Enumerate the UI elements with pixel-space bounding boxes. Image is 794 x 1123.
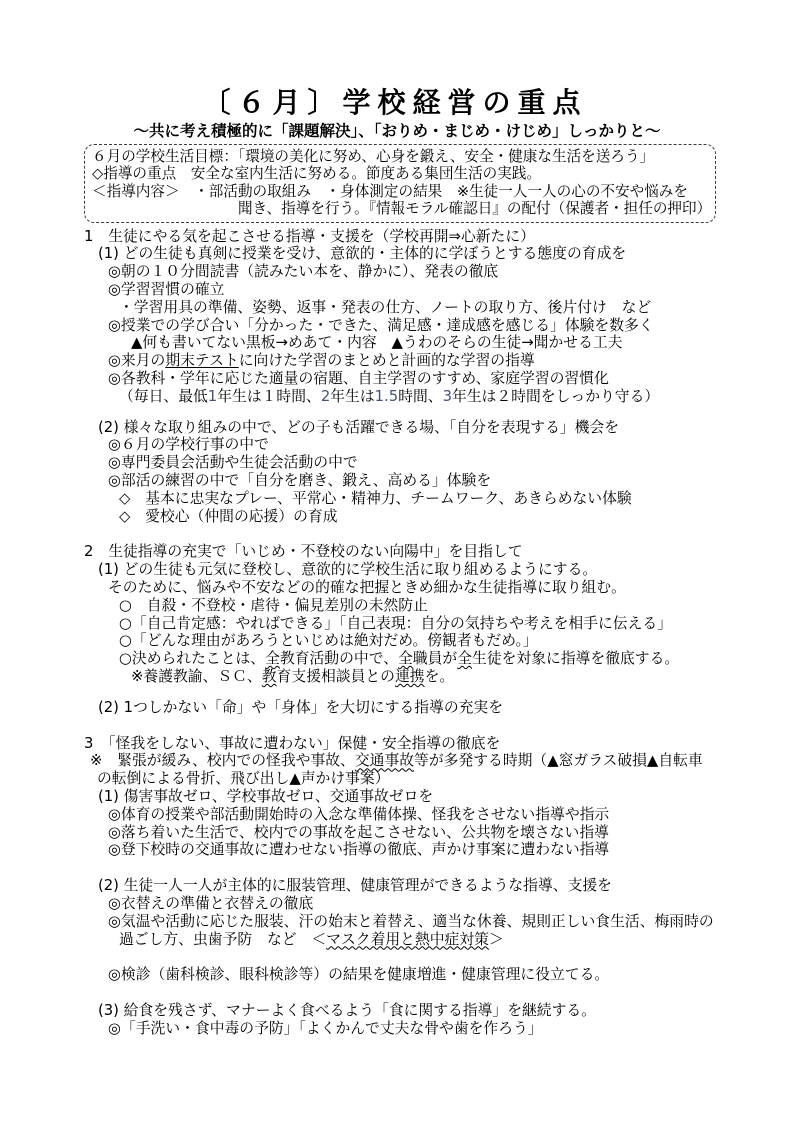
doc-line: ◎部活の練習の中で「自分を磨き、鍛え、高める」体験を [84, 472, 716, 490]
text-segment: ◎朝の１０分間読書（読みたい本を、静かに）、発表の徹底 [108, 263, 498, 280]
text-segment: 2 [321, 388, 330, 405]
text-segment: 生徒を対象に指導を徹底する。 [472, 650, 679, 667]
text-segment: ◎来月の [108, 352, 165, 369]
text-segment: (2) 生徒一人一人が主体的に服装管理、健康管理ができるような指導、支援を [98, 877, 612, 894]
text-segment: ◎授業での学び合い「分かった・できた、満足感・達成感を感じる」体験を数多く [108, 317, 654, 334]
text-segment: 全 [398, 650, 413, 667]
text-segment: を。 [425, 668, 455, 685]
text-segment: (2) 1つしかない「命」や「身体」を大切にする指導の充実を [98, 699, 503, 716]
doc-line: ※ 緊張が緩み、校内での怪我や事故、交通事故等が多発する時期（▲窓ガラス破損▲自… [84, 752, 716, 770]
doc-line: ◎各教科・学年に応じた適量の宿題、自主学習のすすめ、家庭学習の習慣化 [84, 370, 716, 388]
text-segment: 年生は１時間、 [217, 388, 321, 405]
doc-line: ◎６月の学校行事の中で [84, 436, 716, 454]
doc-line: そのために、悩みや不安などの的確な把握ときめ細かな生徒指導に取り組む。 [84, 579, 716, 597]
doc-line: ◎来月の期末テストに向けた学習のまとめと計画的な学習の指導 [84, 352, 716, 370]
text-segment: ◎気温や活動に応じた服装、汗の始末と着替え、適当な休養、規則正しい食生活、梅雨時… [108, 913, 714, 930]
doc-line: ◎授業での学び合い「分かった・できた、満足感・達成感を感じる」体験を数多く [84, 317, 716, 335]
doc-line: ◎専門委員会活動や生徒会活動の中で [84, 454, 716, 472]
text-segment: ○「自己肯定感：やればできる」「自己表現：自分の気持ちや考えを相手に伝える」 [119, 615, 672, 632]
text-segment: 1 [208, 388, 217, 405]
goal-box-line: ６月の学校生活目標：「環境の美化に努め、心身を鍛え、安全・健康な生活を送ろう」 [92, 148, 708, 165]
text-segment: ◎６月の学校行事の中で [108, 436, 269, 453]
text-segment: (1) 傷害事故ゼロ、学校事故ゼロ、交通事故ゼロを [98, 788, 433, 805]
doc-line: ◇ 愛校心（仲間の応援）の育成 [84, 508, 716, 526]
text-segment: マスク着用と熱中症対策 [326, 931, 489, 948]
doc-line: ◎朝の１０分間読書（読みたい本を、静かに）、発表の徹底 [84, 263, 716, 281]
doc-line: ◎気温や活動に応じた服装、汗の始末と着替え、適当な休養、規則正しい食生活、梅雨時… [84, 913, 716, 931]
goal-box-line: ＜指導内容＞ ・部活動の取組み ・身体測定の結果 ※生徒一人一人の心の不安や悩み… [92, 183, 708, 200]
doc-line: ◎衣替えの準備と衣替えの徹底 [84, 895, 716, 913]
text-segment: 等が多発する時期（▲窓ガラス破損▲自転車 [414, 752, 703, 769]
text-segment: ＞ [489, 931, 504, 948]
monthly-goal-box: ６月の学校生活目標：「環境の美化に努め、心身を鍛え、安全・健康な生活を送ろう」◇… [84, 144, 716, 223]
text-segment: ◎専門委員会活動や生徒会活動の中で [108, 454, 358, 471]
doc-line: 過ごし方、虫歯予防 など ＜マスク着用と熱中症対策＞ [84, 931, 716, 949]
line-spacer [84, 525, 716, 543]
line-spacer [84, 859, 716, 877]
document-body: 1 生徒にやる気を起こさせる指導・支援を（学校再開⇒心新たに）(1) どの生徒も… [84, 228, 716, 1038]
doc-line: 2 生徒指導の充実で「いじめ・不登校のない向陽中」を目指して [84, 543, 716, 561]
text-segment: 3 「怪我をしない、事故に遭わない」保健・安全指導の徹底を [84, 735, 500, 752]
text-segment: （毎日、最低 [119, 388, 208, 405]
text-segment: (1) どの生徒も真剣に授業を受け、意欲的・主体的に学ぼうとする態度の育成を [98, 245, 626, 262]
document-page: 〔６月〕学校経営の重点 ～共に考え積極的に「課題解決」、「おりめ・まじめ・けじめ… [0, 0, 794, 1123]
text-segment: ◎各教科・学年に応じた適量の宿題、自主学習のすすめ、家庭学習の習慣化 [108, 370, 609, 387]
doc-line: 3 「怪我をしない、事故に遭わない」保健・安全指導の徹底を [84, 735, 716, 753]
goal-box-line: ◇指導の重点 安全な室内生活に努める。節度ある集団生活の実践。 [92, 165, 708, 182]
text-segment: ○決められたことは、 [119, 650, 265, 667]
text-segment: ◎「手洗い・食中毒の予防」「よくかんで丈夫な骨や歯を作ろう」 [108, 1020, 543, 1037]
text-segment: 交通事故 [355, 752, 414, 769]
line-spacer [84, 984, 716, 1002]
page-title: 〔６月〕学校経営の重点 [74, 86, 716, 120]
text-segment: ◇ 基本に忠実なプレー、平常心・精神力、チームワーク、あきらめない体験 [119, 490, 632, 507]
doc-line: ◎「手洗い・食中毒の予防」「よくかんで丈夫な骨や歯を作ろう」 [84, 1020, 716, 1038]
text-segment: に向けた学習のまとめと計画的な学習の指導 [239, 352, 535, 369]
text-segment: 過ごし方、虫歯予防 など ＜ [119, 931, 326, 948]
text-segment: 1 生徒にやる気を起こさせる指導・支援を（学校再開⇒心新たに） [84, 228, 535, 245]
page-subtitle: ～共に考え積極的に「課題解決」、「おりめ・まじめ・けじめ」しっかりと～ [78, 120, 716, 142]
text-segment: ※養護教諭、ＳＣ、 [131, 668, 262, 685]
text-segment: 年生は [330, 388, 374, 405]
text-segment: 3 [443, 388, 452, 405]
doc-line: ※養護教諭、ＳＣ、教育支援相談員との連携を。 [84, 668, 716, 686]
doc-line: ◎登下校時の交通事故に遭わせない指導の徹底、声かけ事案に遭わない指導 [84, 841, 716, 859]
doc-line: ◇ 基本に忠実なプレー、平常心・精神力、チームワーク、あきらめない体験 [84, 490, 716, 508]
text-segment: 職員が [413, 650, 457, 667]
doc-line: ◎体育の授業や部活動開始時の入念な準備体操、怪我をさせない指導や指示 [84, 806, 716, 824]
text-segment: 連携 [395, 668, 425, 685]
text-segment: ▲何も書いてない黒板→めあて・内容 ▲うわのそらの生徒→聞かせる工夫 [131, 334, 622, 351]
doc-line: ・学習用具の準備、姿勢、返事・発表の仕方、ノートの取り方、後片付け など [84, 299, 716, 317]
text-segment: (3) 給食を残さず、マナーよく食べるよう「食に関する指導」を継続する。 [98, 1002, 596, 1019]
doc-line: ▲何も書いてない黒板→めあて・内容 ▲うわのそらの生徒→聞かせる工夫 [84, 334, 716, 352]
text-segment: そのために、悩みや不安などの的確な把握ときめ細かな生徒指導に取り組む。 [108, 579, 626, 596]
doc-line: （毎日、最低1年生は１時間、2年生は1.5時間、3年生は２時間をしっかり守る） [84, 388, 716, 406]
doc-line: の転倒による骨折、飛び出し▲声かけ事案） [84, 770, 716, 788]
doc-line: ◎落ち着いた生活で、校内での事故を起こさせない、公共物を壊さない指導 [84, 824, 716, 842]
doc-line: (1) どの生徒も元気に登校し、意欲的に学校生活に取り組めるようにする。 [84, 561, 716, 579]
text-segment: (2) 様々な取り組みの中で、どの子も活躍できる場、「自分を表現する」機会を [98, 419, 619, 436]
text-segment: ◎落ち着いた生活で、校内での事故を起こさせない、公共物を壊さない指導 [108, 824, 609, 841]
goal-box-line: 聞き、指導を行う。『情報モラル確認日』の配付（保護者・担任の押印） [92, 200, 708, 217]
line-spacer [84, 948, 716, 966]
text-segment: 教育活動の中で、 [280, 650, 398, 667]
text-segment: 期末テスト [165, 352, 238, 369]
doc-line: (3) 給食を残さず、マナーよく食べるよう「食に関する指導」を継続する。 [84, 1002, 716, 1020]
text-segment: 全 [457, 650, 472, 667]
line-spacer [84, 686, 716, 699]
text-segment: ◎体育の授業や部活動開始時の入念な準備体操、怪我をさせない指導や指示 [108, 806, 609, 823]
doc-line: (1) 傷害事故ゼロ、学校事故ゼロ、交通事故ゼロを [84, 788, 716, 806]
doc-line: ○決められたことは、全教育活動の中で、全職員が全生徒を対象に指導を徹底する。 [84, 650, 716, 668]
doc-line: ○ 自殺・不登校・虐待・偏見差別の未然防止 [84, 597, 716, 615]
text-segment: ○「どんな理由があろうといじめは絶対だめ。傍観者もだめ。」 [119, 632, 538, 649]
doc-line: (2) 1つしかない「命」や「身体」を大切にする指導の充実を [84, 699, 716, 717]
text-segment: ◎衣替えの準備と衣替えの徹底 [108, 895, 313, 912]
text-segment: 時間、 [398, 388, 442, 405]
text-segment: ◎学習習慣の確立 [108, 281, 225, 298]
doc-line: (2) 生徒一人一人が主体的に服装管理、健康管理ができるような指導、支援を [84, 877, 716, 895]
text-segment: ○ 自殺・不登校・虐待・偏見差別の未然防止 [119, 597, 428, 614]
text-segment: (1) どの生徒も元気に登校し、意欲的に学校生活に取り組めるようにする。 [98, 561, 597, 578]
doc-line: ◎検診（歯科検診、眼科検診等）の結果を健康増進・健康管理に役立てる。 [84, 966, 716, 984]
line-spacer [84, 406, 716, 419]
text-segment: ・学習用具の準備、姿勢、返事・発表の仕方、ノートの取り方、後片付け など [119, 299, 651, 316]
text-segment: 教 [262, 668, 277, 685]
doc-line: ○「どんな理由があろうといじめは絶対だめ。傍観者もだめ。」 [84, 632, 716, 650]
doc-line: ○「自己肯定感：やればできる」「自己表現：自分の気持ちや考えを相手に伝える」 [84, 615, 716, 633]
text-segment: 年生は２時間をしっかり守る） [452, 388, 659, 405]
text-segment: ◇ 愛校心（仲間の応援）の育成 [119, 508, 338, 525]
text-segment: 全 [265, 650, 280, 667]
text-segment: ※ 緊張が緩み、校内での怪我や事故、 [90, 752, 355, 769]
doc-line: (1) どの生徒も真剣に授業を受け、意欲的・主体的に学ぼうとする態度の育成を [84, 245, 716, 263]
doc-line: ◎学習習慣の確立 [84, 281, 716, 299]
text-segment: の転倒による骨折、飛び出し▲声かけ事案） [97, 770, 390, 787]
doc-line: (2) 様々な取り組みの中で、どの子も活躍できる場、「自分を表現する」機会を [84, 419, 716, 437]
text-segment: 2 生徒指導の充実で「いじめ・不登校のない向陽中」を目指して [84, 543, 523, 560]
text-segment: ◎登下校時の交通事故に遭わせない指導の徹底、声かけ事案に遭わない指導 [108, 841, 609, 858]
text-segment: 育支援相談員との [277, 668, 395, 685]
text-segment: ◎検診（歯科検診、眼科検診等）の結果を健康増進・健康管理に役立てる。 [108, 966, 609, 983]
text-segment: ◎部活の練習の中で「自分を磨き、鍛え、高める」体験を [108, 472, 491, 489]
line-spacer [84, 717, 716, 735]
text-segment: 1.5 [375, 388, 399, 405]
doc-line: 1 生徒にやる気を起こさせる指導・支援を（学校再開⇒心新たに） [84, 228, 716, 246]
